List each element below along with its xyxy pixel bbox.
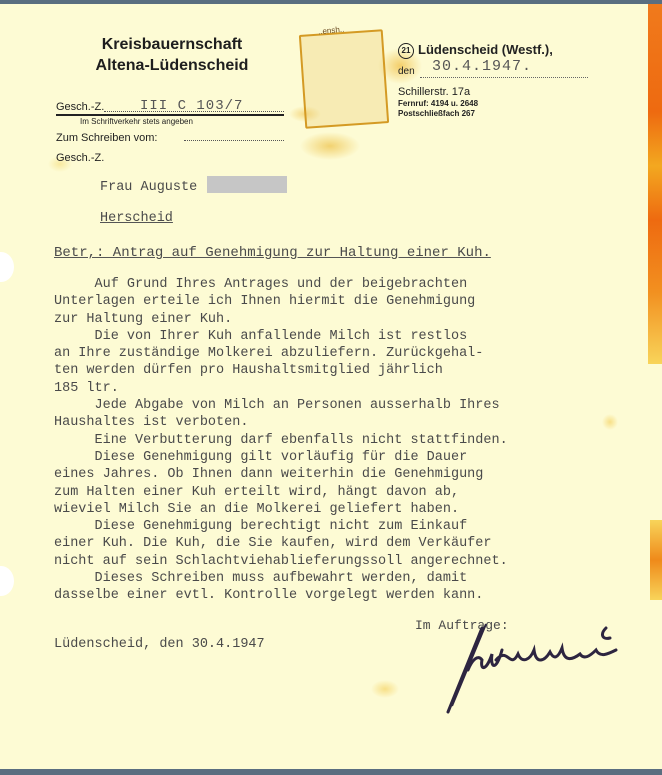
- paper-edge-stain-lower: [650, 520, 662, 600]
- po-box: Postschließfach 267: [398, 109, 478, 119]
- redaction-box: [207, 176, 287, 193]
- sender-city: 21Lüdenscheid (Westf.),: [398, 42, 553, 59]
- body-line: 185 ltr.: [54, 380, 508, 397]
- body-line: einer Kuh. Die Kuh, die Sie kaufen, wird…: [54, 535, 508, 552]
- sender-address: Schillerstr. 17a Fernruf: 4194 u. 2648 P…: [398, 86, 478, 119]
- dotted-line: [420, 77, 588, 78]
- body-line: Diese Genehmigung gilt vorläufig für die…: [54, 449, 508, 466]
- letter-date: 30.4.1947.: [432, 58, 532, 75]
- phone: Fernruf: 4194 u. 2648: [398, 99, 478, 109]
- body-line: Die von Ihrer Kuh anfallende Milch ist r…: [54, 328, 508, 345]
- your-letter-label: Zum Schreiben vom:: [56, 132, 157, 144]
- dotted-line: [184, 140, 284, 141]
- body-line: wieviel Milch Sie an die Molkerei gelief…: [54, 501, 508, 518]
- recipient-town: Herscheid: [100, 211, 173, 226]
- reference-note: Im Schriftverkehr stets angeben: [80, 117, 193, 126]
- organization-name: Kreisbauernschaft Altena-Lüdenscheid: [76, 34, 268, 76]
- recipient-name: Frau Auguste: [100, 176, 287, 195]
- body-line: dasselbe einer evtl. Kontrolle vorgelegt…: [54, 587, 508, 604]
- body-line: Unterlagen erteile ich Ihnen hiermit die…: [54, 293, 508, 310]
- den-label: den: [398, 66, 415, 77]
- body-line: zum Halten einer Kuh erteilt wird, hängt…: [54, 484, 508, 501]
- subject-line: Betr,: Antrag auf Genehmigung zur Haltun…: [54, 245, 491, 261]
- body-line: ten werden dürfen pro Haushaltsmitglied …: [54, 362, 508, 379]
- city-name: Lüdenscheid (Westf.),: [418, 42, 553, 57]
- org-line-2: Altena-Lüdenscheid: [76, 55, 268, 76]
- reference-value: III C 103/7: [140, 98, 243, 114]
- your-letter-field: Zum Schreiben vom:: [56, 132, 284, 144]
- stamp-mark: [299, 29, 389, 129]
- date-field: den 30.4.1947.: [398, 66, 588, 77]
- reference-label: Gesch.-Z.: [56, 101, 104, 113]
- signature: [430, 610, 640, 720]
- org-line-1: Kreisbauernschaft: [76, 34, 268, 55]
- street: Schillerstr. 17a: [398, 86, 478, 99]
- body-line: Auf Grund Ihres Antrages und der beigebr…: [54, 276, 508, 293]
- your-reference-label: Gesch.-Z.: [56, 152, 104, 164]
- body-line: eines Jahres. Ob Ihnen dann weiterhin di…: [54, 466, 508, 483]
- body-line: Eine Verbutterung darf ebenfalls nicht s…: [54, 432, 508, 449]
- body-line: nicht auf sein Schlachtviehablieferungss…: [54, 553, 508, 570]
- body-line: zur Haltung einer Kuh.: [54, 311, 508, 328]
- body-line: Diese Genehmigung berechtigt nicht zum E…: [54, 518, 508, 535]
- body-line: Jede Abgabe von Milch an Personen ausser…: [54, 397, 508, 414]
- body-line: an Ihre zuständige Molkerei abzuliefern.…: [54, 345, 508, 362]
- paper-edge-stain: [648, 4, 662, 364]
- body-line: Dieses Schreiben muss aufbewahrt werden,…: [54, 570, 508, 587]
- window-frame-bottom: [0, 769, 662, 775]
- place-and-date: Lüdenscheid, den 30.4.1947: [54, 637, 265, 652]
- letter-body: Auf Grund Ihres Antrages und der beigebr…: [54, 276, 508, 605]
- body-line: Haushaltes ist verboten.: [54, 414, 508, 431]
- postal-zone-badge: 21: [398, 43, 414, 59]
- reference-number-field: Gesch.-Z. III C 103/7: [56, 98, 284, 116]
